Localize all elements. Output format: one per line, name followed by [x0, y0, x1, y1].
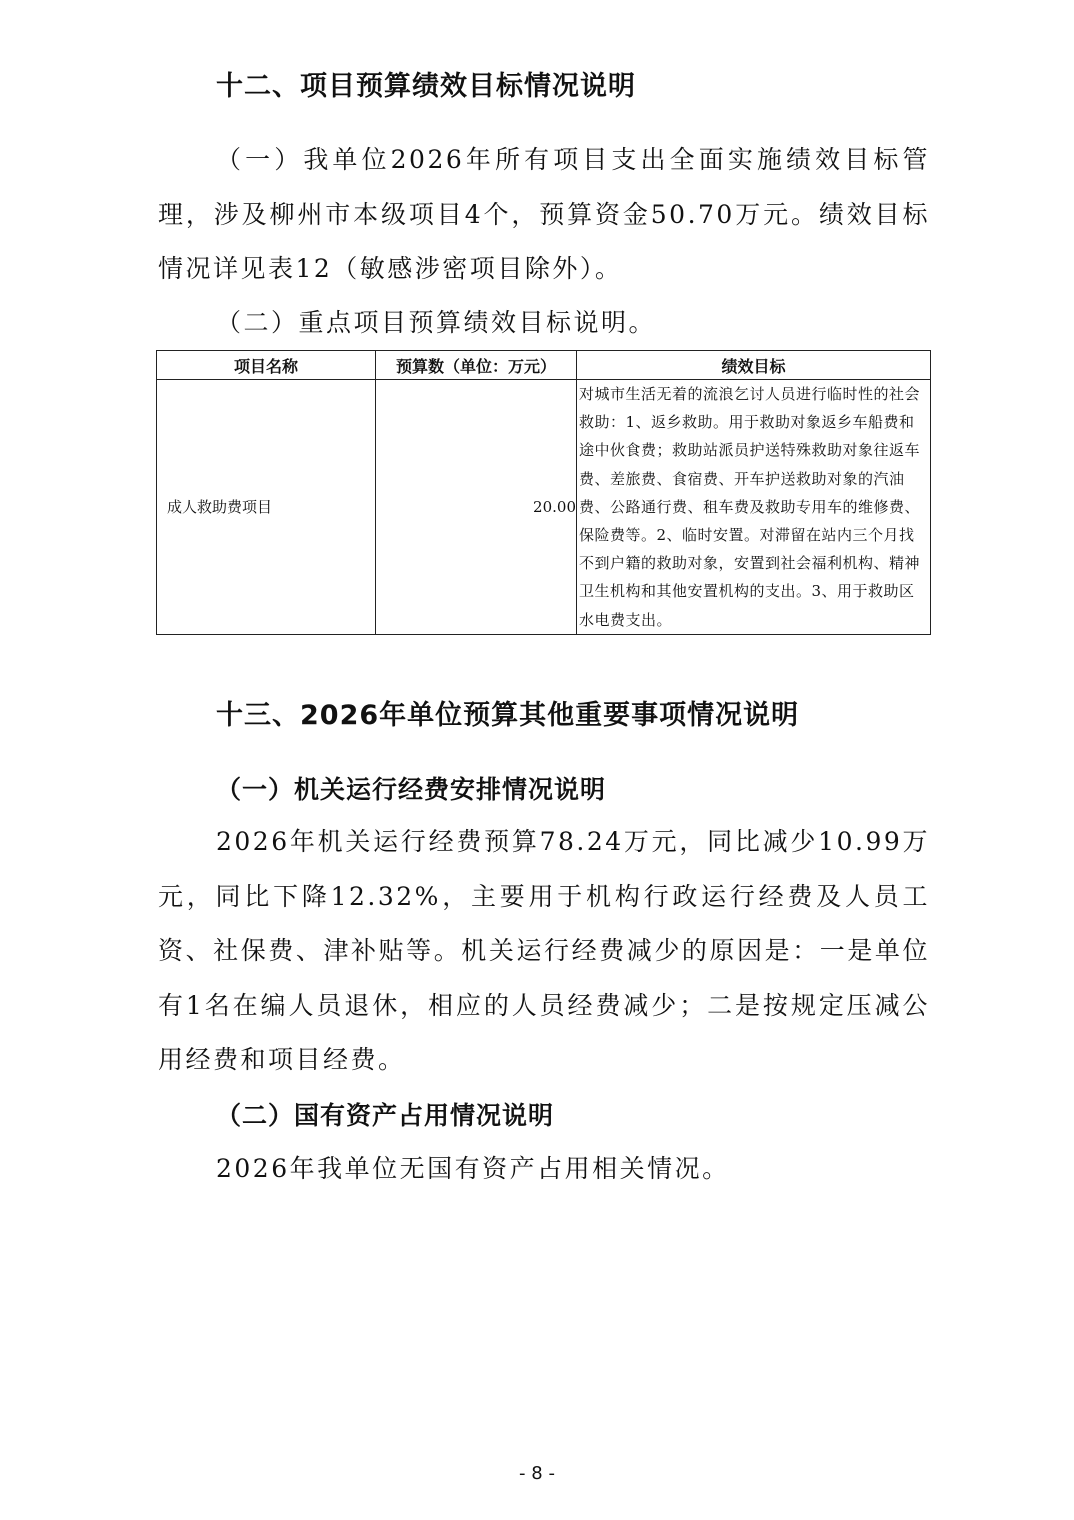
- section-12-paragraph-1: （一）我单位2026年所有项目支出全面实施绩效目标管理，涉及柳州市本级项目4个，…: [158, 133, 930, 297]
- table-header-row: 项目名称 预算数（单位：万元） 绩效目标: [157, 351, 931, 380]
- table-row: 成人救助费项目 20.00 对城市生活无着的流浪乞讨人员进行临时性的社会救助：1…: [157, 380, 931, 635]
- subsection-1-body: 2026年机关运行经费预算78.24万元，同比减少10.99万元，同比下降12.…: [158, 815, 930, 1088]
- cell-performance-goal: 对城市生活无着的流浪乞讨人员进行临时性的社会救助：1、返乡救助。用于救助对象返乡…: [577, 380, 931, 635]
- section-12-paragraph-2: （二）重点项目预算绩效目标说明。: [158, 296, 930, 351]
- cell-budget-amount: 20.00: [376, 380, 577, 635]
- header-performance-goal: 绩效目标: [577, 351, 931, 380]
- performance-goals-table: 项目名称 预算数（单位：万元） 绩效目标 成人救助费项目 20.00 对城市生活…: [156, 350, 931, 635]
- cell-project-name: 成人救助费项目: [157, 380, 376, 635]
- subsection-1-title: （一）机关运行经费安排情况说明: [216, 770, 606, 806]
- page-number: - 8 -: [0, 1463, 1074, 1484]
- subsection-2-title: （二）国有资产占用情况说明: [216, 1096, 554, 1132]
- subsection-2-body: 2026年我单位无国有资产占用相关情况。: [158, 1142, 930, 1197]
- header-project-name: 项目名称: [157, 351, 376, 380]
- section-13-title: 十三、2026年单位预算其他重要事项情况说明: [216, 693, 799, 732]
- section-12-title: 十二、项目预算绩效目标情况说明: [216, 64, 636, 103]
- header-budget-amount: 预算数（单位：万元）: [376, 351, 577, 380]
